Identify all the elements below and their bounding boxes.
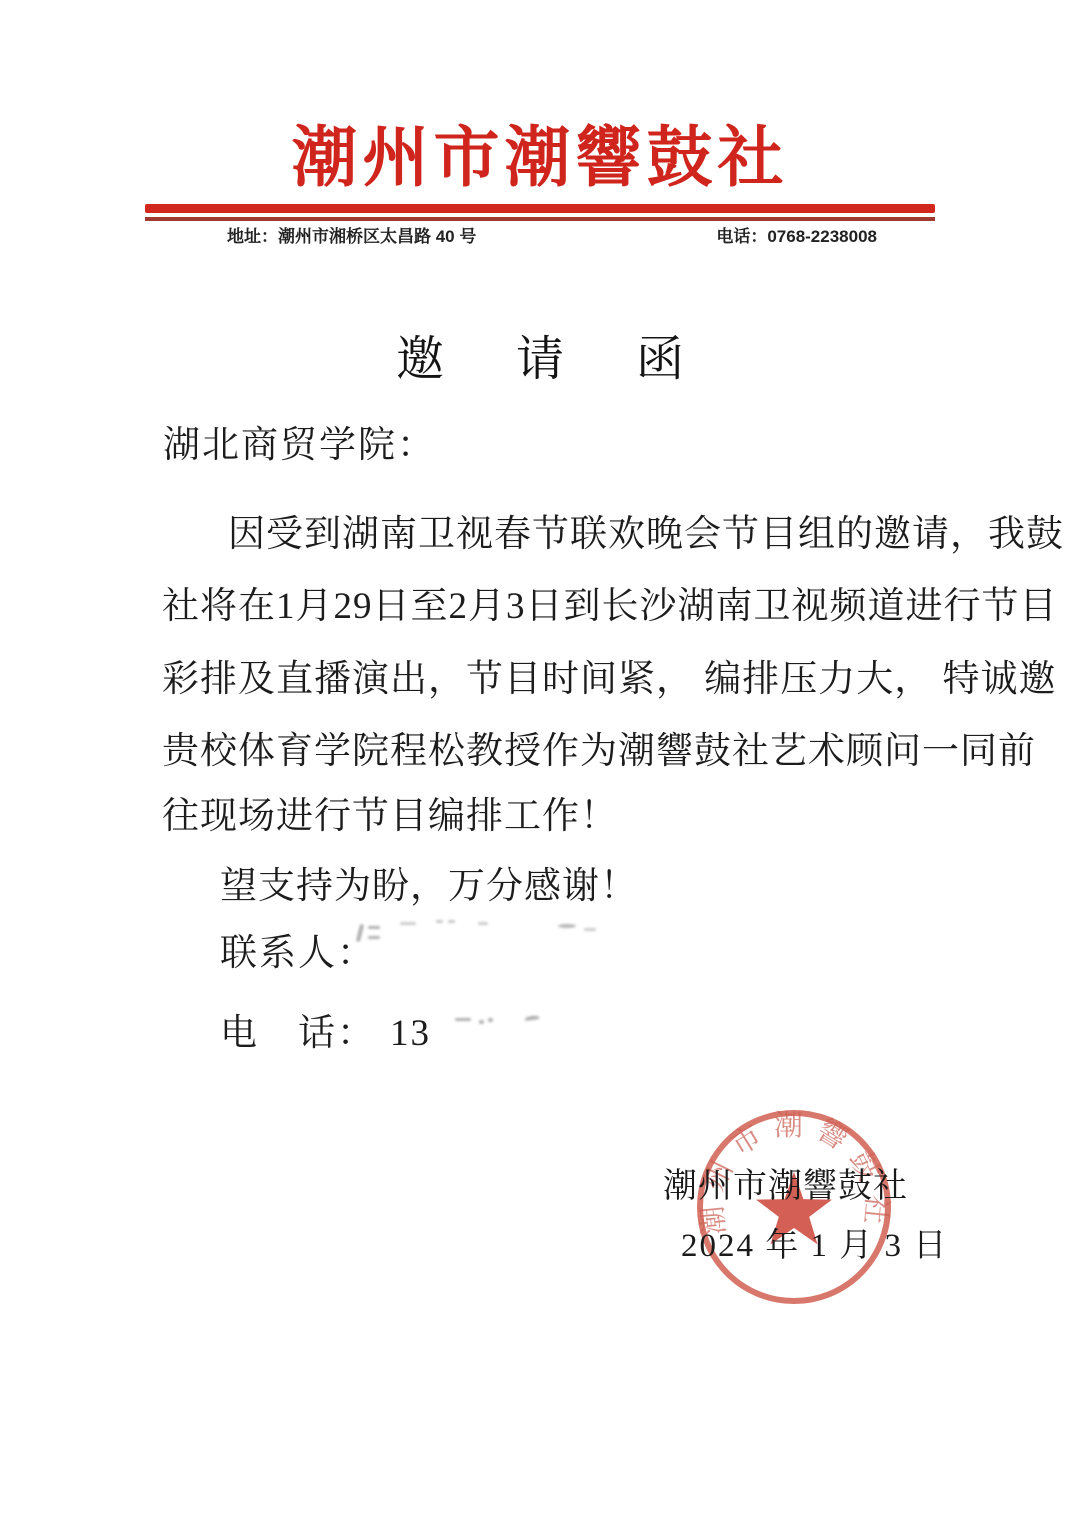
invitation-letter-page: 潮州市潮響鼓社 地址：潮州市湘桥区太昌路 40 号 电话：0768-223800…	[0, 0, 1080, 1528]
body-line-2: 社将在1月29日至2月3日到长沙湖南卫视频道进行节目	[162, 575, 935, 629]
body-line-3: 彩排及直播演出，节目时间紧， 编排压力大， 特诚邀	[162, 648, 935, 702]
letter-salutation: 湖北商贸学院：	[163, 414, 436, 468]
thanks-line: 望支持为盼，万分感谢！	[220, 855, 638, 909]
contact-phone-label: 电 话：	[220, 1013, 376, 1054]
body-line-5: 往现场进行节目编排工作！	[162, 785, 935, 839]
letterhead-org-title: 潮州市潮響鼓社	[0, 118, 1080, 201]
letter-title: 邀 请 函	[15, 320, 1080, 389]
redacted-name-smudge	[352, 916, 622, 950]
letterhead-rule-thick	[145, 204, 935, 213]
letterhead-rule-thin	[145, 217, 935, 221]
contact-phone-visible-digits: 13	[390, 1013, 431, 1054]
body-line-4: 贵校体育学院程松教授作为潮響鼓社艺术顾问一同前	[162, 720, 935, 774]
signature-org-name: 潮州市潮響鼓社	[663, 1158, 908, 1207]
letterhead-info-row: 地址：潮州市湘桥区太昌路 40 号 电话：0768-2238008	[145, 222, 935, 247]
contact-phone-line: 电 话：13	[220, 1002, 431, 1056]
body-line-1: 因受到湖南卫视春节联欢晚会节目组的邀请，我鼓	[162, 503, 935, 557]
redacted-phone-smudge	[455, 1010, 575, 1036]
signature-date: 2024 年 1 月 3 日	[681, 1219, 948, 1266]
official-seal-stamp: 潮州市潮響鼓社	[693, 1107, 895, 1307]
letterhead-phone: 电话：0768-2238008	[716, 222, 877, 247]
letterhead-address: 地址：潮州市湘桥区太昌路 40 号	[227, 222, 476, 247]
